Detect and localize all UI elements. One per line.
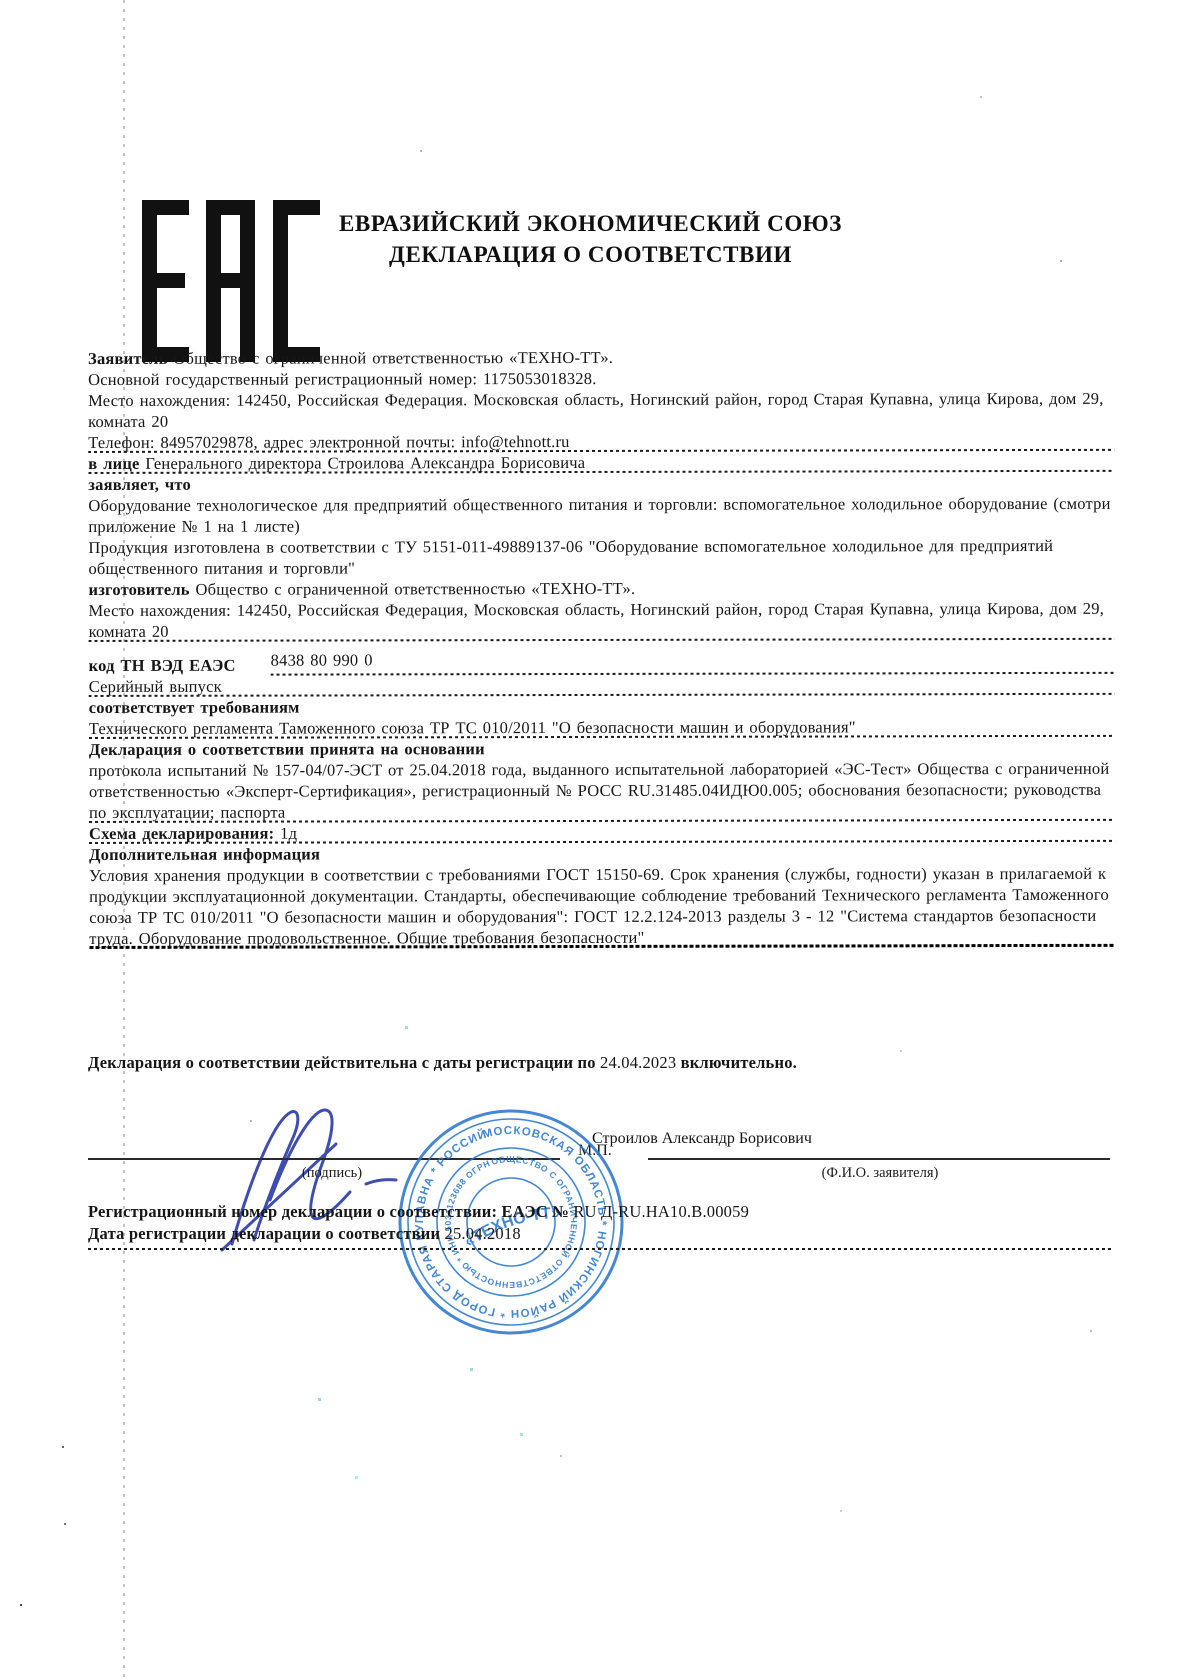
fio-line <box>648 1158 1110 1160</box>
eac-logo <box>142 200 320 362</box>
additional-label: Дополнительная информация <box>89 842 1115 865</box>
signature-caption: (подпись) <box>242 1165 422 1182</box>
registration-number-line: Регистрационный номер декларации о соотв… <box>88 1201 1114 1223</box>
conformity-label: соответствует требованиям <box>89 695 1115 718</box>
serial-issue-line: Серийный выпуск <box>89 674 1115 697</box>
registration-block: Регистрационный номер декларации о соотв… <box>88 1201 1114 1250</box>
scheme-line: Схема декларирования: 1д <box>89 821 1115 844</box>
manufacturer-label: изготовитель <box>88 580 189 599</box>
conformity-text: Технического регламента Таможенного союз… <box>89 716 1115 739</box>
declaration-document: ЕВРАЗИЙСКИЙ ЭКОНОМИЧЕСКИЙ СОЮЗ ДЕКЛАРАЦИ… <box>0 0 1198 1678</box>
validity-date: 24.04.2023 <box>600 1053 676 1072</box>
tnved-label: код ТН ВЭД ЕАЭС <box>89 655 271 676</box>
manufacturer-address: Место нахождения: 142450, Российская Фед… <box>89 598 1115 642</box>
title-line-declaration: ДЕКЛАРАЦИЯ О СООТВЕТСТВИИ <box>318 239 863 270</box>
scan-noise-cyan <box>0 0 3 3</box>
document-title: ЕВРАЗИЙСКИЙ ЭКОНОМИЧЕСКИЙ СОЮЗ ДЕКЛАРАЦИ… <box>318 208 863 270</box>
registration-date-line: Дата регистрации декларации о соответств… <box>88 1223 1114 1250</box>
tnved-code: 8438 80 990 0 <box>271 648 1115 676</box>
applicant-address: Место нахождения: 142450, Российская Фед… <box>88 388 1114 432</box>
additional-text: Условия хранения продукции в соответстви… <box>89 863 1115 949</box>
declares-label: заявляет, что <box>88 472 1114 495</box>
in-person-label: в лице <box>88 454 139 473</box>
registration-date: 25.04.2018 <box>440 1224 521 1243</box>
applicant-label: Заявитель <box>88 349 168 368</box>
basis-label: Декларация о соответствии принята на осн… <box>89 737 1115 760</box>
validity-line: Декларация о соответствии действительна … <box>88 1053 1114 1073</box>
document-body: Заявитель Общество с ограниченной ответс… <box>88 346 1115 949</box>
tnved-row: код ТН ВЭД ЕАЭС 8438 80 990 0 <box>89 648 1115 676</box>
ogrn-line: Основной государственный регистрационный… <box>88 367 1114 390</box>
made-per-tu: Продукция изготовлена в соответствии с Т… <box>88 535 1114 579</box>
phone-line: Телефон: 84957029878, адрес электронной … <box>88 430 1114 453</box>
registration-number: RU Д-RU.НА10.В.00059 <box>569 1202 749 1221</box>
basis-text: протокола испытаний № 157-04/07-ЭСТ от 2… <box>89 758 1115 823</box>
applicant-line: Заявитель Общество с ограниченной ответс… <box>88 346 1114 369</box>
scheme-label: Схема декларирования: <box>89 824 274 843</box>
title-line-union: ЕВРАЗИЙСКИЙ ЭКОНОМИЧЕСКИЙ СОЮЗ <box>318 208 863 239</box>
product-description: Оборудование технологическое для предпри… <box>88 493 1114 537</box>
manufacturer-line: изготовитель Общество с ограниченной отв… <box>88 577 1114 600</box>
fio-caption: (Ф.И.О. заявителя) <box>715 1165 1045 1182</box>
in-person-line: в лице Генерального директора Строилова … <box>88 451 1114 474</box>
